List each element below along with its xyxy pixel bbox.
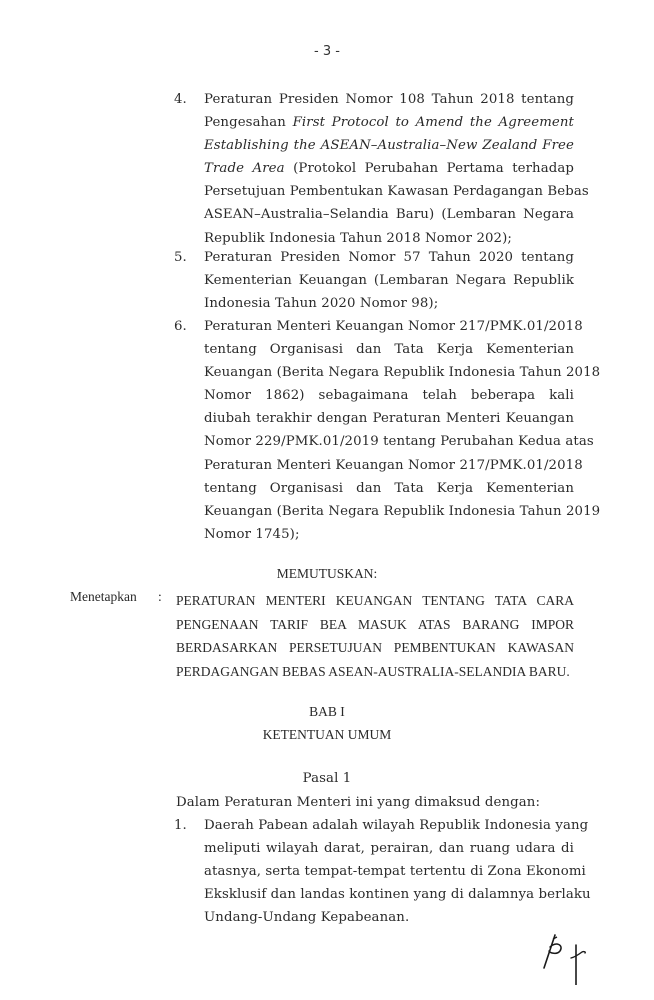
decision-heading: MEMUTUSKAN: bbox=[0, 566, 654, 582]
item-line: Peraturan Menteri Keuangan Nomor 217/PMK… bbox=[204, 315, 574, 338]
item-line: tentang Organisasi dan Tata Kerja Kement… bbox=[204, 477, 574, 500]
italic-title: First Protocol to Amend the Agreement bbox=[293, 115, 574, 130]
document-page: - 3 - 4. Peraturan Presiden Nomor 108 Ta… bbox=[0, 0, 654, 1000]
item-line: Keuangan (Berita Negara Republik Indones… bbox=[204, 361, 574, 384]
chapter-subtitle: KETENTUAN UMUM bbox=[0, 727, 654, 743]
item-line-mixed: Trade Area (Protokol Perubahan Pertama t… bbox=[204, 157, 574, 180]
item-line: Peraturan Presiden Nomor 57 Tahun 2020 t… bbox=[204, 246, 574, 269]
menetapkan-label: Menetapkan bbox=[70, 589, 137, 605]
considering-item-4: 4. Peraturan Presiden Nomor 108 Tahun 20… bbox=[174, 88, 574, 250]
item-line: meliputi wilayah darat, perairan, dan ru… bbox=[204, 837, 574, 860]
article-intro: Dalam Peraturan Menteri ini yang dimaksu… bbox=[176, 791, 576, 814]
item-line: ASEAN–Australia–Selandia Baru) (Lembaran… bbox=[204, 203, 574, 226]
page-number: - 3 - bbox=[0, 44, 654, 59]
chapter-title: BAB I bbox=[0, 704, 654, 720]
item-line: tentang Organisasi dan Tata Kerja Kement… bbox=[204, 338, 574, 361]
initials-signature-icon bbox=[530, 915, 600, 985]
item-line: Eksklusif dan landas kontinen yang di da… bbox=[204, 883, 574, 906]
italic-title: Establishing the ASEAN–Australia–New Zea… bbox=[204, 138, 574, 153]
item-number: 4. bbox=[174, 88, 187, 111]
regulation-title-line: PERDAGANGAN BEBAS ASEAN-AUSTRALIA-SELAND… bbox=[176, 660, 574, 684]
italic-title: Trade Area bbox=[204, 161, 285, 176]
item-line: Keuangan (Berita Negara Republik Indones… bbox=[204, 500, 574, 523]
definition-item-1: 1. Daerah Pabean adalah wilayah Republik… bbox=[174, 814, 574, 929]
text-segment: (Protokol Perubahan Pertama terhadap bbox=[285, 161, 574, 176]
item-line: Undang-Undang Kepabeanan. bbox=[204, 906, 574, 929]
regulation-title-line: PERATURAN MENTERI KEUANGAN TENTANG TATA … bbox=[176, 589, 574, 613]
item-line-mixed: Pengesahan First Protocol to Amend the A… bbox=[204, 111, 574, 134]
item-line: Indonesia Tahun 2020 Nomor 98); bbox=[204, 292, 574, 315]
regulation-title-line: BERDASARKAN PERSETUJUAN PEMBENTUKAN KAWA… bbox=[176, 636, 574, 660]
considering-item-5: 5. Peraturan Presiden Nomor 57 Tahun 202… bbox=[174, 246, 574, 315]
item-line-italic: Establishing the ASEAN–Australia–New Zea… bbox=[204, 134, 574, 157]
item-line: Peraturan Presiden Nomor 108 Tahun 2018 … bbox=[204, 88, 574, 111]
regulation-title: PERATURAN MENTERI KEUANGAN TENTANG TATA … bbox=[176, 589, 574, 683]
text-segment: Pengesahan bbox=[204, 115, 293, 130]
item-line: Daerah Pabean adalah wilayah Republik In… bbox=[204, 814, 574, 837]
item-body: Peraturan Presiden Nomor 57 Tahun 2020 t… bbox=[204, 246, 574, 315]
item-number: 5. bbox=[174, 246, 187, 269]
item-line: diubah terakhir dengan Peraturan Menteri… bbox=[204, 407, 574, 430]
considering-item-6: 6. Peraturan Menteri Keuangan Nomor 217/… bbox=[174, 315, 574, 546]
menetapkan-colon: : bbox=[158, 589, 162, 605]
item-line: atasnya, serta tempat-tempat tertentu di… bbox=[204, 860, 574, 883]
regulation-title-line: PENGENAAN TARIF BEA MASUK ATAS BARANG IM… bbox=[176, 613, 574, 637]
item-line: Kementerian Keuangan (Lembaran Negara Re… bbox=[204, 269, 574, 292]
item-line: Persetujuan Pembentukan Kawasan Perdagan… bbox=[204, 180, 574, 203]
item-body: Peraturan Presiden Nomor 108 Tahun 2018 … bbox=[204, 88, 574, 250]
item-number: 6. bbox=[174, 315, 187, 338]
item-line: Nomor 1745); bbox=[204, 523, 574, 546]
item-body: Daerah Pabean adalah wilayah Republik In… bbox=[204, 814, 574, 929]
item-line: Nomor 1862) sebagaimana telah beberapa k… bbox=[204, 384, 574, 407]
article-title: Pasal 1 bbox=[0, 767, 654, 790]
item-line: Peraturan Menteri Keuangan Nomor 217/PMK… bbox=[204, 454, 574, 477]
item-body: Peraturan Menteri Keuangan Nomor 217/PMK… bbox=[204, 315, 574, 546]
item-number: 1. bbox=[174, 814, 187, 837]
item-line: Nomor 229/PMK.01/2019 tentang Perubahan … bbox=[204, 430, 574, 453]
